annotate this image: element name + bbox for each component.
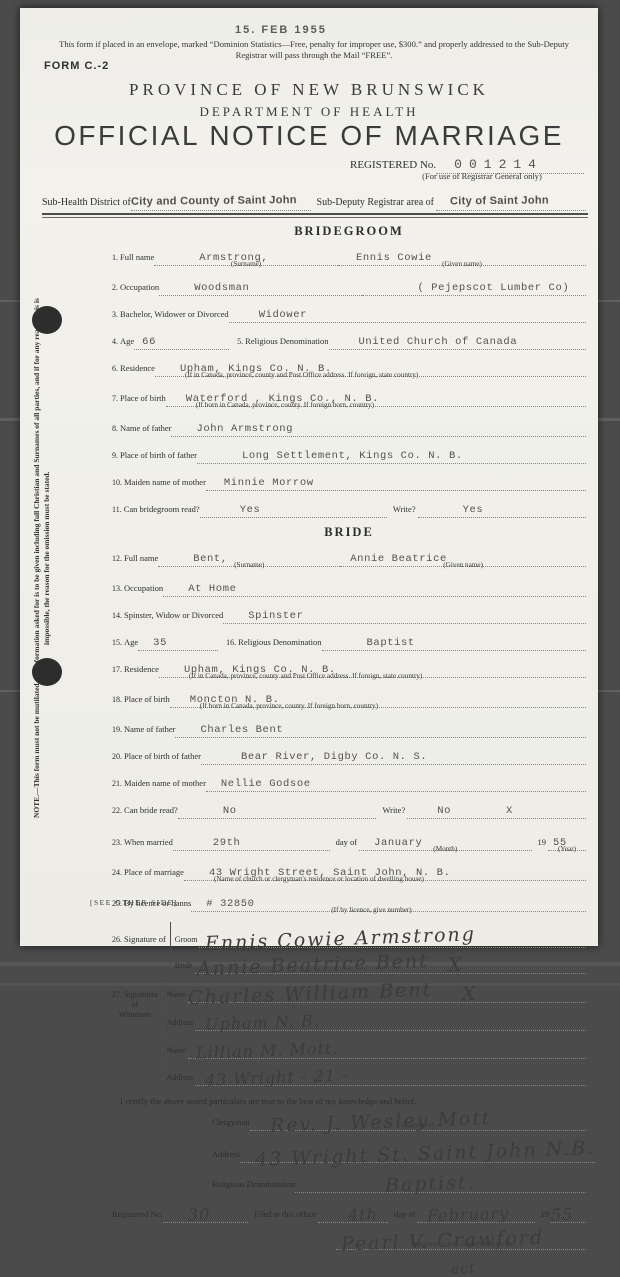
name-label: Name (167, 990, 186, 999)
field-number: 23. (112, 838, 122, 847)
givenname-line: Ennis Cowie(Given name) (338, 247, 586, 266)
field-label: Name of father (120, 423, 171, 433)
employer-value: ( Pejepscot Lumber Co) (417, 282, 569, 294)
field-row-age-denomination-groom: 4. Age 66 5. Religious Denomination Unit… (112, 331, 586, 350)
field-row-residence-bride: 17. Residence Upham, Kings Co. N. B.(If … (112, 659, 586, 678)
margin-note: NOTE.—This form must not be mutilated. A… (32, 298, 56, 818)
bride-signature-row: Bride Annie Beatrice BentX (175, 951, 586, 974)
year-line: 55(Year) (548, 832, 586, 851)
bride-x-mark: X (448, 954, 464, 977)
field-line: Long Settlement, Kings Co. N. B. (197, 445, 586, 464)
witness1-name-line: Charles William BentX (188, 980, 586, 1000)
groom-signature-row: Groom Ennis Cowie Armstrong (175, 925, 586, 948)
field-number: 26. (112, 935, 122, 944)
field-line: Minnie Morrow (206, 472, 586, 491)
field-number: 22. (112, 806, 122, 815)
field-label: Residence (120, 363, 155, 373)
groom-signature: Ennis Cowie Armstrong (205, 923, 477, 954)
day-of-label: day of (336, 837, 357, 847)
field-label: Maiden name of mother (124, 477, 206, 487)
field-row-fullname-groom: 1. Full name Armstrong,(Surname) Ennis C… (112, 247, 586, 266)
write-value: No (437, 805, 451, 817)
witnesses-label: 27. Signatures of Witnesses (112, 990, 158, 1000)
field-label: Occupation (124, 583, 163, 593)
age-value: 35 (153, 637, 167, 649)
field-row-fullname-bride: 12. Full name Bent,(Surname) Annie Beatr… (112, 548, 586, 567)
field-row-status-bride: 14. Spinster, Widow or Divorced Spinster (112, 605, 586, 624)
field-row-literacy-bride: 22. Can bride read? No Write? NoX (112, 800, 586, 819)
couple-signatures-block: Groom Ennis Cowie Armstrong Bride Annie … (170, 922, 586, 974)
divider (42, 213, 588, 218)
field-number: 5. (237, 337, 243, 346)
denomination-line: Baptist (322, 632, 586, 651)
field-row-signatures: 26. Signature of Groom Ennis Cowie Armst… (112, 922, 586, 974)
field-number: 10. (112, 478, 122, 487)
read-line: Yes (200, 499, 387, 518)
write-line: Yes (418, 499, 586, 518)
field-line: Widower (229, 304, 586, 323)
surname-line: Bent,(Surname) (158, 548, 340, 567)
field-caption: (If in Canada, province, county and Post… (155, 371, 586, 379)
field-row-birthplace-bride: 18. Place of birth Moncton N. B.(If born… (112, 689, 586, 708)
field-value: Spinster (248, 610, 303, 622)
field-value: Widower (259, 309, 307, 321)
givenname-caption: (Given name) (338, 260, 586, 268)
field-value: Nellie Godsoe (221, 778, 311, 790)
field-number: 9. (112, 451, 118, 460)
field-value: John Armstrong (196, 423, 293, 435)
denomination-line: United Church of Canada (329, 331, 586, 350)
witness1-signature: Charles William Bent (188, 979, 433, 1000)
field-row-birthplace-groom: 7. Place of birth Waterford , Kings Co.,… (112, 388, 586, 407)
sub-health-district-stamp: City and County of Saint John (131, 194, 297, 208)
field-label: When married (124, 837, 173, 847)
field-label: Residence (124, 664, 159, 674)
field-number: 6. (112, 364, 118, 373)
form-number: FORM C.-2 (44, 60, 109, 72)
registered-no-label: REGISTERED No. (350, 159, 436, 171)
field-row-mother-bride: 21. Maiden name of mother Nellie Godsoe (112, 773, 586, 792)
write-value: Yes (463, 504, 484, 516)
field-label: Age (124, 637, 138, 647)
see-other-side-note: [SEE OTHER SIDE] (90, 898, 178, 907)
givenname-caption: (Given name) (340, 561, 586, 569)
field-row-when-married: 23. When married 29th day of January(Mon… (112, 832, 586, 851)
field-line: Spinster (223, 605, 586, 624)
field-label: Place of birth (124, 694, 170, 704)
field-row-residence-groom: 6. Residence Upham, Kings Co. N. B.(If i… (112, 358, 586, 377)
date-stamp: 15. FEB 1955 (235, 24, 327, 36)
sub-health-district-label: Sub-Health District of (42, 197, 131, 208)
department-title: DEPARTMENT OF HEALTH (20, 104, 598, 120)
field-number: 21. (112, 779, 122, 788)
field-number: 13. (112, 584, 122, 593)
day-line: 29th (173, 832, 330, 851)
bridegroom-heading: BRIDEGROOM (112, 224, 586, 239)
field-value: Long Settlement, Kings Co. N. B. (242, 450, 463, 462)
field-label: Place of birth (120, 393, 166, 403)
field-label: Full name (124, 553, 158, 563)
write-label: Write? (393, 504, 416, 514)
field-row-occupation-bride: 13. Occupation At Home (112, 578, 586, 597)
mail-instruction: This form if placed in an envelope, mark… (48, 39, 580, 61)
age-line: 66 (134, 331, 229, 350)
denomination-value: United Church of Canada (359, 336, 518, 348)
read-line: No (178, 800, 377, 819)
surname-caption: (Surname) (154, 260, 338, 268)
registered-no-value: 001214 (454, 157, 543, 172)
field-value: Minnie Morrow (224, 477, 314, 489)
field-line: Upham, Kings Co. N. B.(If in Canada, pro… (155, 358, 586, 377)
field-label: Can bridegroom read? (124, 504, 200, 514)
sub-health-district-line: City and County of Saint John (131, 192, 311, 211)
field-label: Place of birth of father (124, 751, 201, 761)
age-line: 35 (138, 632, 218, 651)
field-line: ( Pejepscot Lumber Co) (362, 277, 586, 296)
field-label: Spinster, Widow or Divorced (124, 610, 223, 620)
witness-signatures-block: Name Charles William BentX Address Upham… (162, 977, 586, 1000)
field-row-mother-groom: 10. Maiden name of mother Minnie Morrow (112, 472, 586, 491)
field-row-occupation-groom: 2. Occupation Woodsman ( Pejepscot Lumbe… (112, 277, 586, 296)
field-line: Moncton N. B.(If born in Canada, provinc… (170, 689, 586, 708)
sub-deputy-area-label: Sub-Deputy Registrar area of (317, 197, 434, 208)
write-label: Write? (382, 805, 405, 815)
field-value: Bear River, Digby Co. N. S. (241, 751, 427, 763)
field-number: 3. (112, 310, 118, 319)
field-number: 20. (112, 752, 122, 761)
field-line: Woodsman (159, 277, 362, 296)
year-prefix: 19 (538, 837, 547, 847)
sub-deputy-area-stamp: City of Saint John (450, 194, 549, 207)
bride-label: Bride (175, 961, 193, 970)
field-row-witnesses: 27. Signatures of Witnesses Name Charles… (112, 976, 586, 1000)
field-number: 2. (112, 283, 118, 292)
witness1-name-row: Name Charles William BentX (167, 980, 586, 1000)
field-row-status-groom: 3. Bachelor, Widower or Divorced Widower (112, 304, 586, 323)
field-label: Place of marriage (124, 867, 184, 877)
field-label: Age (120, 336, 134, 346)
field-number: 19. (112, 725, 122, 734)
field-row-father-bride: 19. Name of father Charles Bent (112, 719, 586, 738)
witness1-x-mark: X (462, 983, 478, 1000)
field-caption: (If born in Canada, province, county. If… (166, 401, 586, 409)
field-caption: (If born in Canada, province, county. If… (170, 702, 586, 710)
bride-heading: BRIDE (112, 525, 586, 540)
field-number: 17. (112, 665, 122, 674)
field-number: 16. (226, 638, 236, 647)
groom-signature-line: Ennis Cowie Armstrong (199, 925, 586, 948)
field-row-father-groom: 8. Name of father John Armstrong (112, 418, 586, 437)
field-line: Charles Bent (175, 719, 586, 738)
field-number: 14. (112, 611, 122, 620)
field-number: 12. (112, 554, 122, 563)
givenname-line: Annie Beatrice(Given name) (340, 548, 586, 567)
field-label: Religious Denomination (238, 637, 321, 647)
field-line: Nellie Godsoe (206, 773, 586, 792)
field-label: Name of father (124, 724, 175, 734)
district-row: Sub-Health District of City and County o… (42, 192, 586, 211)
field-number: 1. (112, 253, 118, 262)
field-row-father-birthplace-groom: 9. Place of birth of father Long Settlem… (112, 445, 586, 464)
field-number: 4. (112, 337, 118, 346)
field-row-father-birthplace-bride: 20. Place of birth of father Bear River,… (112, 746, 586, 765)
field-number: 18. (112, 695, 122, 704)
field-line: # 32850(If by licence, give number) (191, 893, 586, 912)
field-value: At Home (188, 583, 236, 595)
field-caption: (Name of church or clergyman's residence… (184, 875, 586, 883)
field-label: Occupation (120, 282, 159, 292)
field-number: 7. (112, 394, 118, 403)
field-row-licence: 25. By licence or banns # 32850(If by li… (112, 893, 586, 912)
field-number: 11. (112, 505, 122, 514)
field-label: Signature of (124, 934, 166, 944)
bride-signature-line: Annie Beatrice BentX (195, 951, 586, 974)
field-line: 43 Wright Street, Saint John, N. B.(Name… (184, 862, 586, 881)
field-caption: (If by licence, give number) (191, 906, 586, 914)
month-caption: (Month) (359, 845, 531, 853)
field-number: 24. (112, 868, 122, 877)
field-line: At Home (163, 578, 586, 597)
surname-caption: (Surname) (158, 561, 340, 569)
age-value: 66 (142, 336, 156, 348)
write-line: NoX (407, 800, 586, 819)
field-line: Bear River, Digby Co. N. S. (201, 746, 586, 765)
field-row-literacy-groom: 11. Can bridegroom read? Yes Write? Yes (112, 499, 586, 518)
field-number: 8. (112, 424, 118, 433)
field-label: Religious Denomination (245, 336, 328, 346)
field-row-place-of-marriage: 24. Place of marriage 43 Wright Street, … (112, 862, 586, 881)
read-value: No (223, 805, 237, 817)
registrar-general-note: (For use of Registrar General only) (380, 171, 584, 181)
field-line: Waterford , Kings Co., N. B.(If born in … (166, 388, 586, 407)
field-label: Bachelor, Widower or Divorced (120, 309, 229, 319)
field-line: John Armstrong (171, 418, 586, 437)
day-value: 29th (213, 837, 241, 849)
field-row-age-denomination-bride: 15. Age 35 16. Religious Denomination Ba… (112, 632, 586, 651)
field-label: Full name (120, 252, 154, 262)
x-mark: X (506, 805, 513, 817)
groom-label: Groom (175, 935, 198, 944)
form-body: BRIDEGROOM 1. Full name Armstrong,(Surna… (112, 224, 586, 1000)
sub-deputy-area-line: City of Saint John (436, 192, 586, 211)
field-line: Upham, Kings Co. N. B.(If in Canada, pro… (159, 659, 586, 678)
field-label: Place of birth of father (120, 450, 197, 460)
month-line: January(Month) (359, 832, 531, 851)
field-label: Maiden name of mother (124, 778, 206, 788)
province-title: PROVINCE OF NEW BRUNSWICK (20, 80, 598, 100)
witnesses-label-line: 27. Signatures (112, 990, 158, 1000)
denomination-value: Baptist (367, 637, 415, 649)
field-caption: (If in Canada, province, county and Post… (159, 672, 586, 680)
surname-line: Armstrong,(Surname) (154, 247, 338, 266)
read-value: Yes (240, 504, 261, 516)
field-value: Charles Bent (200, 724, 283, 736)
field-value: Woodsman (194, 282, 249, 294)
page-title: OFFICIAL NOTICE OF MARRIAGE (20, 120, 598, 152)
field-label: Can bride read? (124, 805, 178, 815)
year-caption: (Year) (548, 845, 586, 853)
document-paper: NOTE.—This form must not be mutilated. A… (20, 8, 598, 946)
field-number: 15. (112, 638, 122, 647)
